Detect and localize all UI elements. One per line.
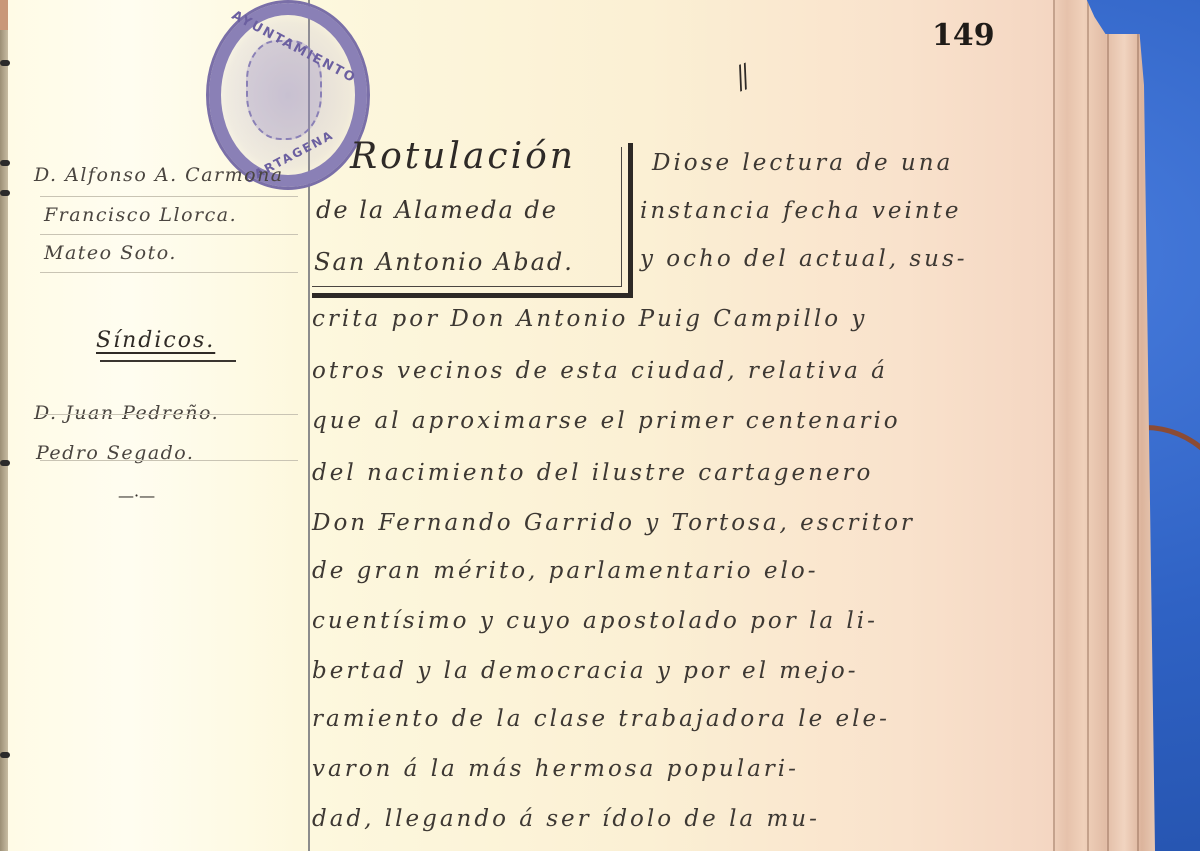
body-line: dad, llegando á ser ídolo de la mu- xyxy=(312,806,820,832)
council-member-name: D. Alfonso A. Carmona xyxy=(34,164,284,186)
body-line: instancia fecha veinte xyxy=(640,198,961,224)
ruled-line xyxy=(40,234,298,235)
body-line: varon á la más hermosa populari- xyxy=(312,756,799,782)
entry-subtitle: de la Alameda de xyxy=(316,196,558,224)
end-flourish: —·— xyxy=(118,486,155,505)
body-line: y ocho del actual, sus- xyxy=(640,246,968,272)
body-line: otros vecinos de esta ciudad, relativa á xyxy=(312,358,888,384)
ruled-line xyxy=(40,460,298,461)
body-line: de gran mérito, parlamentario elo- xyxy=(312,558,818,584)
body-line: Don Fernando Garrido y Tortosa, escritor xyxy=(312,510,915,536)
body-line: ramiento de la clase trabajadora le ele- xyxy=(312,706,890,732)
stitch-mark xyxy=(0,460,10,466)
folio-number: 149 xyxy=(932,18,995,53)
ruled-line xyxy=(40,414,298,415)
book-page-edges xyxy=(1045,0,1155,851)
body-line: cuentísimo y cuyo apostolado por la li- xyxy=(312,608,878,634)
heading-double-underline xyxy=(100,360,236,362)
body-line: que al aproximarse el primer centenario xyxy=(312,408,901,434)
body-line: bertad y la democracia y por el mejo- xyxy=(312,658,858,684)
edge-line xyxy=(1107,0,1109,851)
sindico-name: D. Juan Pedreño. xyxy=(34,402,219,424)
body-line: del nacimiento del ilustre cartagenero xyxy=(312,460,873,486)
council-member-name: Francisco Llorca. xyxy=(44,204,237,226)
entry-title: Rotulación xyxy=(350,136,576,177)
stitch-mark xyxy=(0,190,10,196)
stitch-mark xyxy=(0,752,10,758)
entry-subtitle: San Antonio Abad. xyxy=(314,248,574,276)
body-line: crita por Don Antonio Puig Campillo y xyxy=(312,306,867,332)
edge-line xyxy=(1087,0,1089,851)
ruled-line xyxy=(40,196,298,197)
edge-line xyxy=(1137,0,1139,851)
book-spine xyxy=(0,30,8,851)
body-line: Diose lectura de una xyxy=(652,150,953,176)
edge-line xyxy=(1053,0,1055,851)
stitch-mark xyxy=(0,60,10,66)
stitch-mark xyxy=(0,160,10,166)
section-heading-sindicos: Síndicos. xyxy=(96,328,215,353)
ruled-line xyxy=(40,272,298,273)
council-member-name: Mateo Soto. xyxy=(44,242,177,264)
